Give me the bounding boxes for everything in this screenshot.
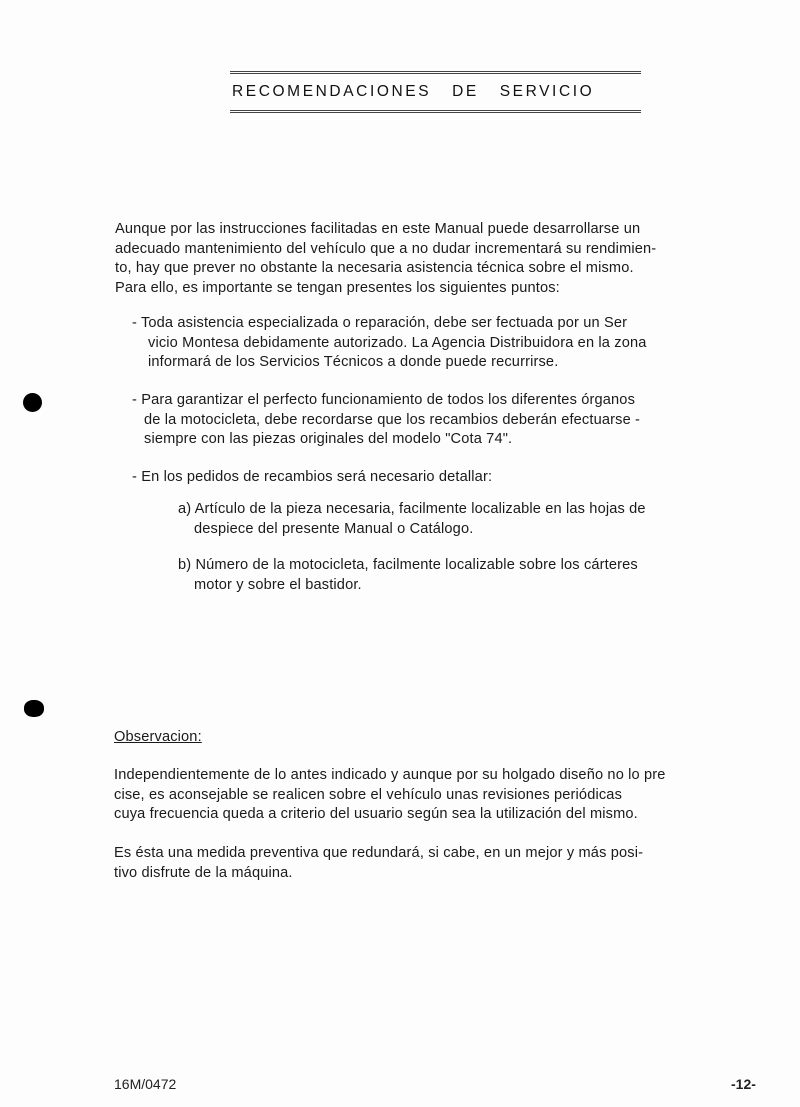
title-rule-top — [230, 71, 641, 74]
text-line: de la motocicleta, debe recordarse que l… — [132, 411, 792, 431]
page-number: -12- — [731, 1076, 756, 1092]
page-title: RECOMENDACIONES DE SERVICIO — [232, 83, 642, 101]
text-line: - Para garantizar el perfecto funcionami… — [132, 391, 792, 411]
text-line: - Toda asistencia especializada o repara… — [132, 314, 792, 334]
text-line: adecuado mantenimiento del vehículo que … — [115, 240, 795, 260]
point-item-1: - Toda asistencia especializada o repara… — [132, 314, 792, 373]
point-item-2: - Para garantizar el perfecto funcionami… — [132, 391, 792, 450]
text-line: informará de los Servicios Técnicos a do… — [132, 353, 792, 373]
binder-hole-bottom — [24, 700, 44, 717]
point-item-3: - En los pedidos de recambios será neces… — [132, 468, 792, 488]
subitem-a: a) Artículo de la pieza necesaria, facil… — [178, 500, 793, 539]
text-line: b) Número de la motocicleta, facilmente … — [178, 556, 793, 576]
text-line: - En los pedidos de recambios será neces… — [132, 468, 792, 488]
text-line: vicio Montesa debidamente autorizado. La… — [132, 334, 792, 354]
text-line: siempre con las piezas originales del mo… — [132, 430, 792, 450]
text-line: to, hay que prever no obstante la necesa… — [115, 259, 795, 279]
observation-paragraph-1: Independientemente de lo antes indicado … — [114, 766, 794, 825]
text-line: a) Artículo de la pieza necesaria, facil… — [178, 500, 793, 520]
text-line: cuya frecuencia queda a criterio del usu… — [114, 805, 794, 825]
text-line: Aunque por las instrucciones facilitadas… — [115, 220, 795, 240]
subitem-b: b) Número de la motocicleta, facilmente … — [178, 556, 793, 595]
document-code: 16M/0472 — [114, 1076, 176, 1092]
text-line: despiece del presente Manual o Catálogo. — [178, 520, 793, 540]
title-rule-bottom — [230, 110, 641, 113]
observation-paragraph-2: Es ésta una medida preventiva que redund… — [114, 844, 794, 883]
text-line: cise, es aconsejable se realicen sobre e… — [114, 786, 794, 806]
intro-paragraph: Aunque por las instrucciones facilitadas… — [115, 220, 795, 299]
observation-heading: Observacion: — [114, 728, 202, 748]
text-line: tivo disfrute de la máquina. — [114, 864, 794, 884]
text-line: Es ésta una medida preventiva que redund… — [114, 844, 794, 864]
text-line: motor y sobre el bastidor. — [178, 576, 793, 596]
text-line: Para ello, es importante se tengan prese… — [115, 279, 795, 299]
binder-hole-top — [23, 393, 42, 412]
text-line: Independientemente de lo antes indicado … — [114, 766, 794, 786]
